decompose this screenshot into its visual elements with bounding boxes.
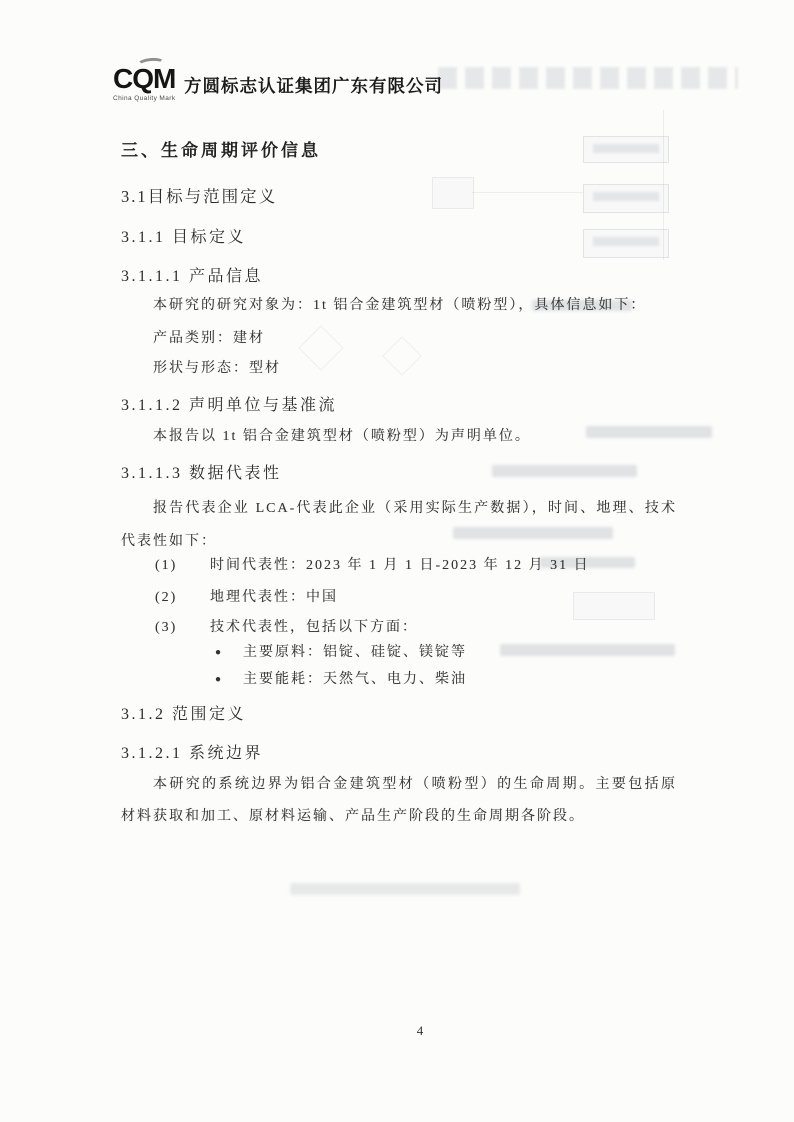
list-item-number: (2) <box>155 590 210 606</box>
heading-product-info: 3.1.1.1 产品信息 <box>121 263 677 286</box>
list-item-tech: (3)技术代表性，包括以下方面： <box>121 616 677 636</box>
heading-declared-unit: 3.1.1.2 声明单位与基准流 <box>121 392 677 415</box>
bullet-energy: ●主要能耗：天然气、电力、柴油 <box>121 668 677 688</box>
heading-goal-scope: 3.1目标与范围定义 <box>121 183 677 207</box>
heading-system-boundary: 3.1.2.1 系统边界 <box>121 740 677 763</box>
list-item-text: 地理代表性：中国 <box>210 590 338 605</box>
list-item-text: 技术代表性，包括以下方面： <box>210 620 418 635</box>
list-item-number: (3) <box>155 620 210 636</box>
scanned-page: CQM China Quality Mark 方圆标志认证集团广东有限公司 三、… <box>0 0 794 1122</box>
page-number: 4 <box>408 1023 432 1039</box>
section-title: 三、生命周期评价信息 <box>121 136 677 161</box>
paragraph-product-category: 产品类别：建材 <box>121 327 677 347</box>
cqm-logo: CQM China Quality Mark <box>113 64 183 112</box>
paragraph-system-boundary: 本研究的系统边界为铝合金建筑型材（喷粉型）的生命周期。主要包括原材料获取和加工、… <box>121 769 677 832</box>
heading-data-representativeness: 3.1.1.3 数据代表性 <box>121 460 677 483</box>
heading-goal-definition: 3.1.1 目标定义 <box>121 224 677 247</box>
bullet-icon: ● <box>215 674 243 685</box>
list-item-number: (1) <box>155 558 210 574</box>
bleed-through-smudge <box>290 883 520 895</box>
logo-tagline: China Quality Mark <box>113 95 183 102</box>
paragraph-representativeness: 报告代表企业 LCA-代表此企业（采用实际生产数据），时间、地理、技术代表性如下… <box>121 492 677 558</box>
paragraph-declared-unit: 本报告以 1t 铝合金建筑型材（喷粉型）为声明单位。 <box>121 425 677 445</box>
paragraph-study-object: 本研究的研究对象为：1t 铝合金建筑型材（喷粉型），具体信息如下： <box>121 294 677 314</box>
list-item-geo: (2)地理代表性：中国 <box>121 586 677 606</box>
company-name: 方圆标志认证集团广东有限公司 <box>184 73 443 98</box>
list-item-time: (1)时间代表性：2023 年 1 月 1 日-2023 年 12 月 31 日 <box>121 554 677 574</box>
heading-scope-definition: 3.1.2 范围定义 <box>121 701 677 724</box>
bullet-text: 主要能耗：天然气、电力、柴油 <box>243 672 467 687</box>
list-item-text: 时间代表性：2023 年 1 月 1 日-2023 年 12 月 31 日 <box>210 558 590 573</box>
bleed-through-header-text <box>438 67 738 89</box>
bullet-text: 主要原料：铝锭、硅锭、镁锭等 <box>243 645 467 660</box>
paragraph-product-shape: 形状与形态：型材 <box>121 357 677 377</box>
bullet-raw-materials: ●主要原料：铝锭、硅锭、镁锭等 <box>121 641 677 661</box>
logo-arc-icon <box>137 57 166 71</box>
bullet-icon: ● <box>215 647 243 658</box>
